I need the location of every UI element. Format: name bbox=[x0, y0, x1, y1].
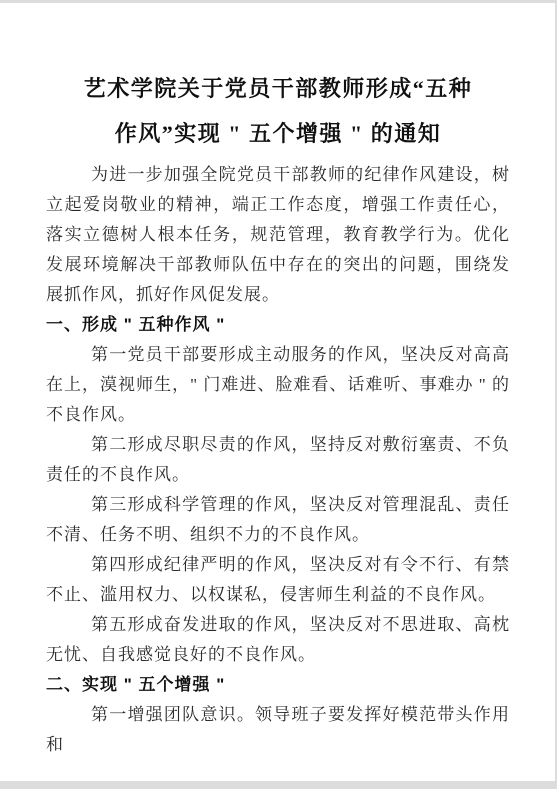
section-2-paragraph-1: 第一增强团队意识。领导班子要发挥好模范带头作用和 bbox=[46, 700, 510, 760]
section-1-paragraph-2: 第二形成尽职尽责的作风，坚持反对敷衍塞责、不负责任的不良作风。 bbox=[46, 430, 510, 490]
section-1-paragraph-1: 第一党员干部要形成主动服务的作风，坚决反对高高在上，漠视师生，" 门难进、脸难看… bbox=[46, 340, 510, 430]
section-1-paragraph-5: 第五形成奋发进取的作风，坚决反对不思进取、高枕无忧、自我感觉良好的不良作风。 bbox=[46, 610, 510, 670]
section-2-heading: 二、实现 " 五个增强 " bbox=[46, 670, 510, 700]
section-1-heading: 一、形成 " 五种作风 " bbox=[46, 310, 510, 340]
document-title-line-1: 艺术学院关于党员干部教师形成“五种 bbox=[46, 66, 510, 111]
intro-paragraph: 为进一步加强全院党员干部教师的纪律作风建设，树立起爱岗敬业的精神，端正工作态度，… bbox=[46, 160, 510, 310]
document-title: 艺术学院关于党员干部教师形成“五种 作风”实现 " 五个增强 " 的通知 bbox=[46, 66, 510, 156]
section-1-paragraph-3: 第三形成科学管理的作风，坚决反对管理混乱、责任不清、任务不明、组织不力的不良作风… bbox=[46, 490, 510, 550]
section-1-paragraph-4: 第四形成纪律严明的作风，坚决反对有令不行、有禁不止、滥用权力、以权谋私，侵害师生… bbox=[46, 550, 510, 610]
document-title-line-2: 作风”实现 " 五个增强 " 的通知 bbox=[46, 111, 510, 156]
document-viewer-canvas: { "doc": { "title": { "line1": "艺术学院关于党员… bbox=[0, 0, 557, 789]
document-content: 艺术学院关于党员干部教师形成“五种 作风”实现 " 五个增强 " 的通知 为进一… bbox=[0, 3, 555, 760]
document-page: 艺术学院关于党员干部教师形成“五种 作风”实现 " 五个增强 " 的通知 为进一… bbox=[0, 3, 555, 781]
